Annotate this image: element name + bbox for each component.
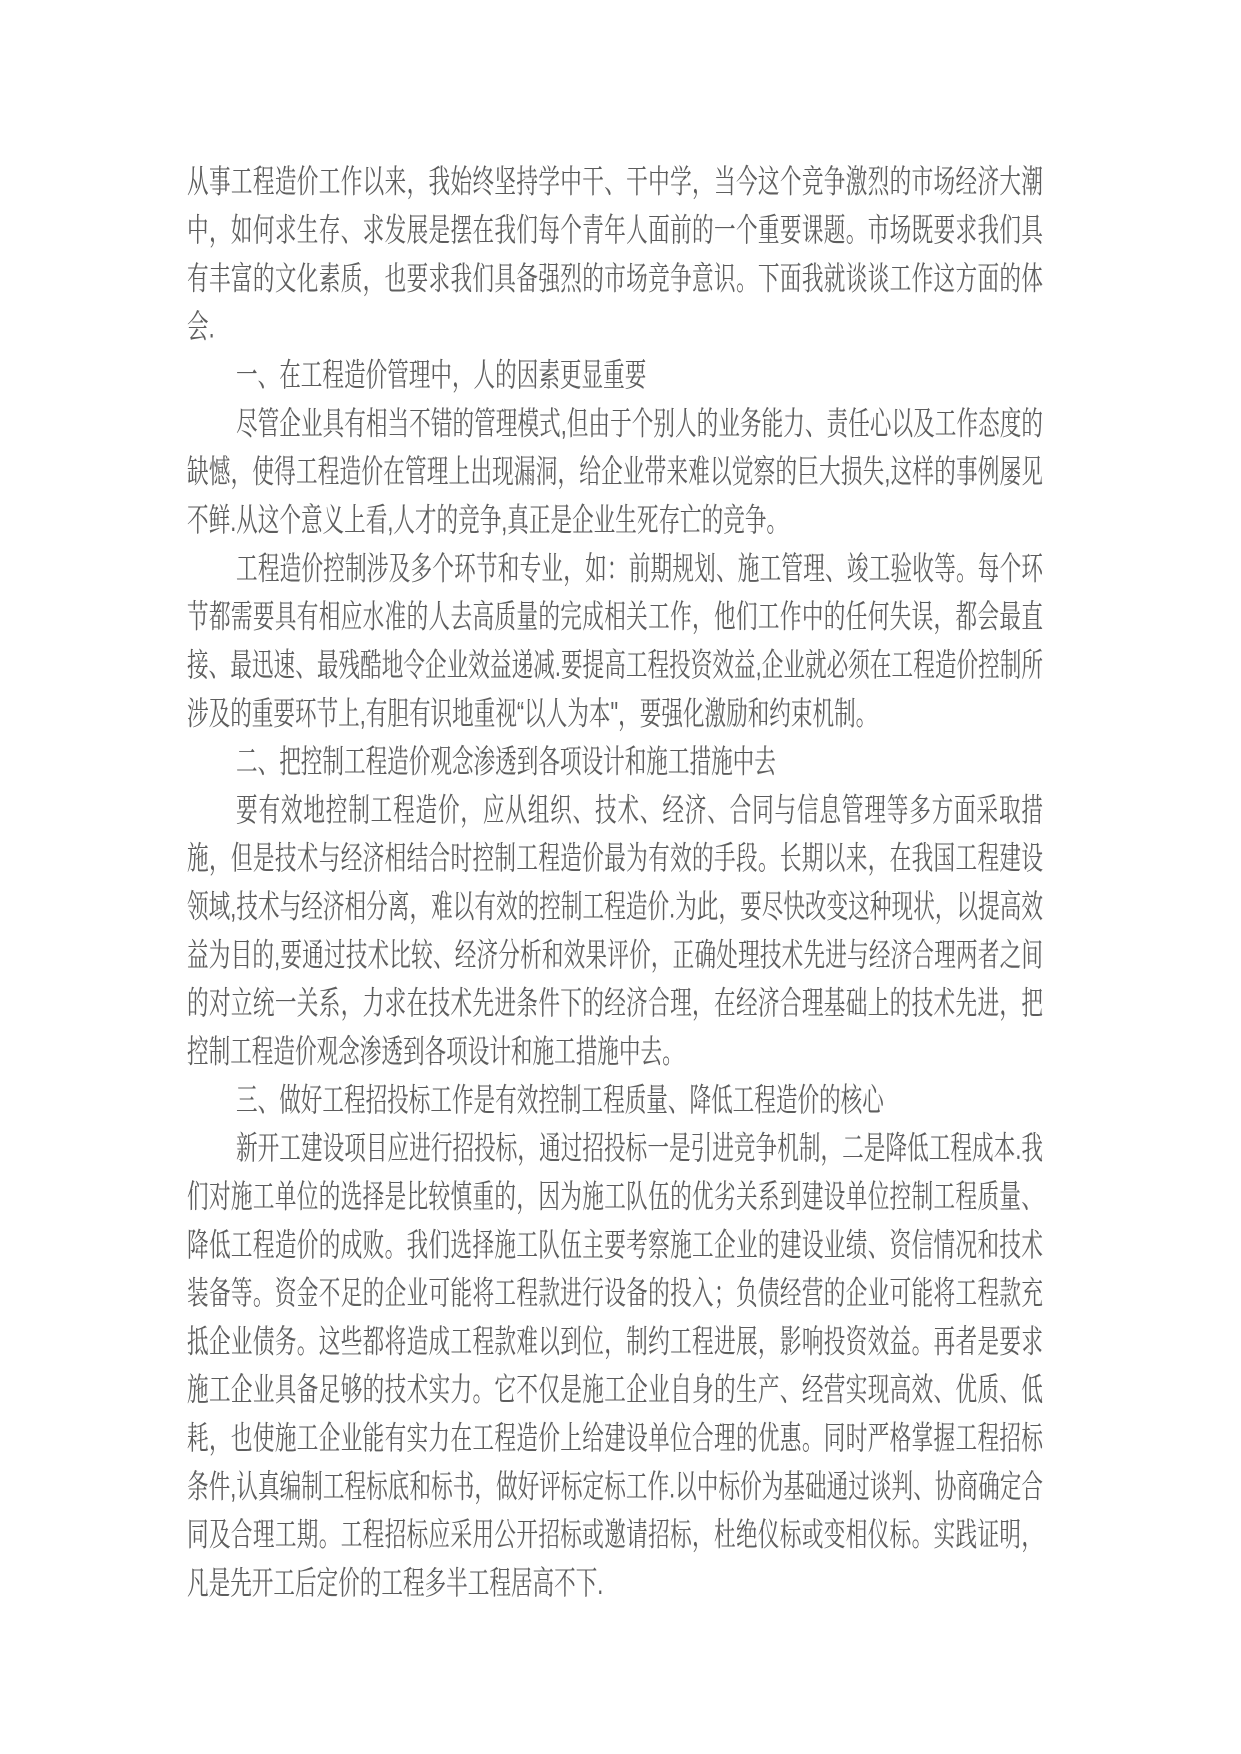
body-paragraph: 从事工程造价工作以来，我始终坚持学中干、干中学，当今这个竞争激烈的市场经济大潮中…	[187, 158, 1043, 351]
body-paragraph: 尽管企业具有相当不错的管理模式,但由于个别人的业务能力、责任心以及工作态度的缺憾…	[187, 400, 1043, 545]
body-paragraph: 要有效地控制工程造价，应从组织、技术、经济、合同与信息管理等多方面采取措施，但是…	[187, 786, 1043, 1076]
section-heading: 三、做好工程招投标工作是有效控制工程质量、降低工程造价的核心	[187, 1076, 1043, 1124]
section-heading: 二、把控制工程造价观念渗透到各项设计和施工措施中去	[187, 738, 1043, 786]
document-body: 从事工程造价工作以来，我始终坚持学中干、干中学，当今这个竞争激烈的市场经济大潮中…	[187, 158, 1043, 1608]
body-paragraph: 工程造价控制涉及多个环节和专业，如：前期规划、施工管理、竣工验收等。每个环节都需…	[187, 545, 1043, 738]
section-heading: 一、在工程造价管理中，人的因素更显重要	[187, 351, 1043, 399]
document-page: 从事工程造价工作以来，我始终坚持学中干、干中学，当今这个竞争激烈的市场经济大潮中…	[0, 0, 1241, 1754]
body-paragraph: 新开工建设项目应进行招投标，通过招投标一是引进竞争机制，二是降低工程成本.我们对…	[187, 1124, 1043, 1607]
